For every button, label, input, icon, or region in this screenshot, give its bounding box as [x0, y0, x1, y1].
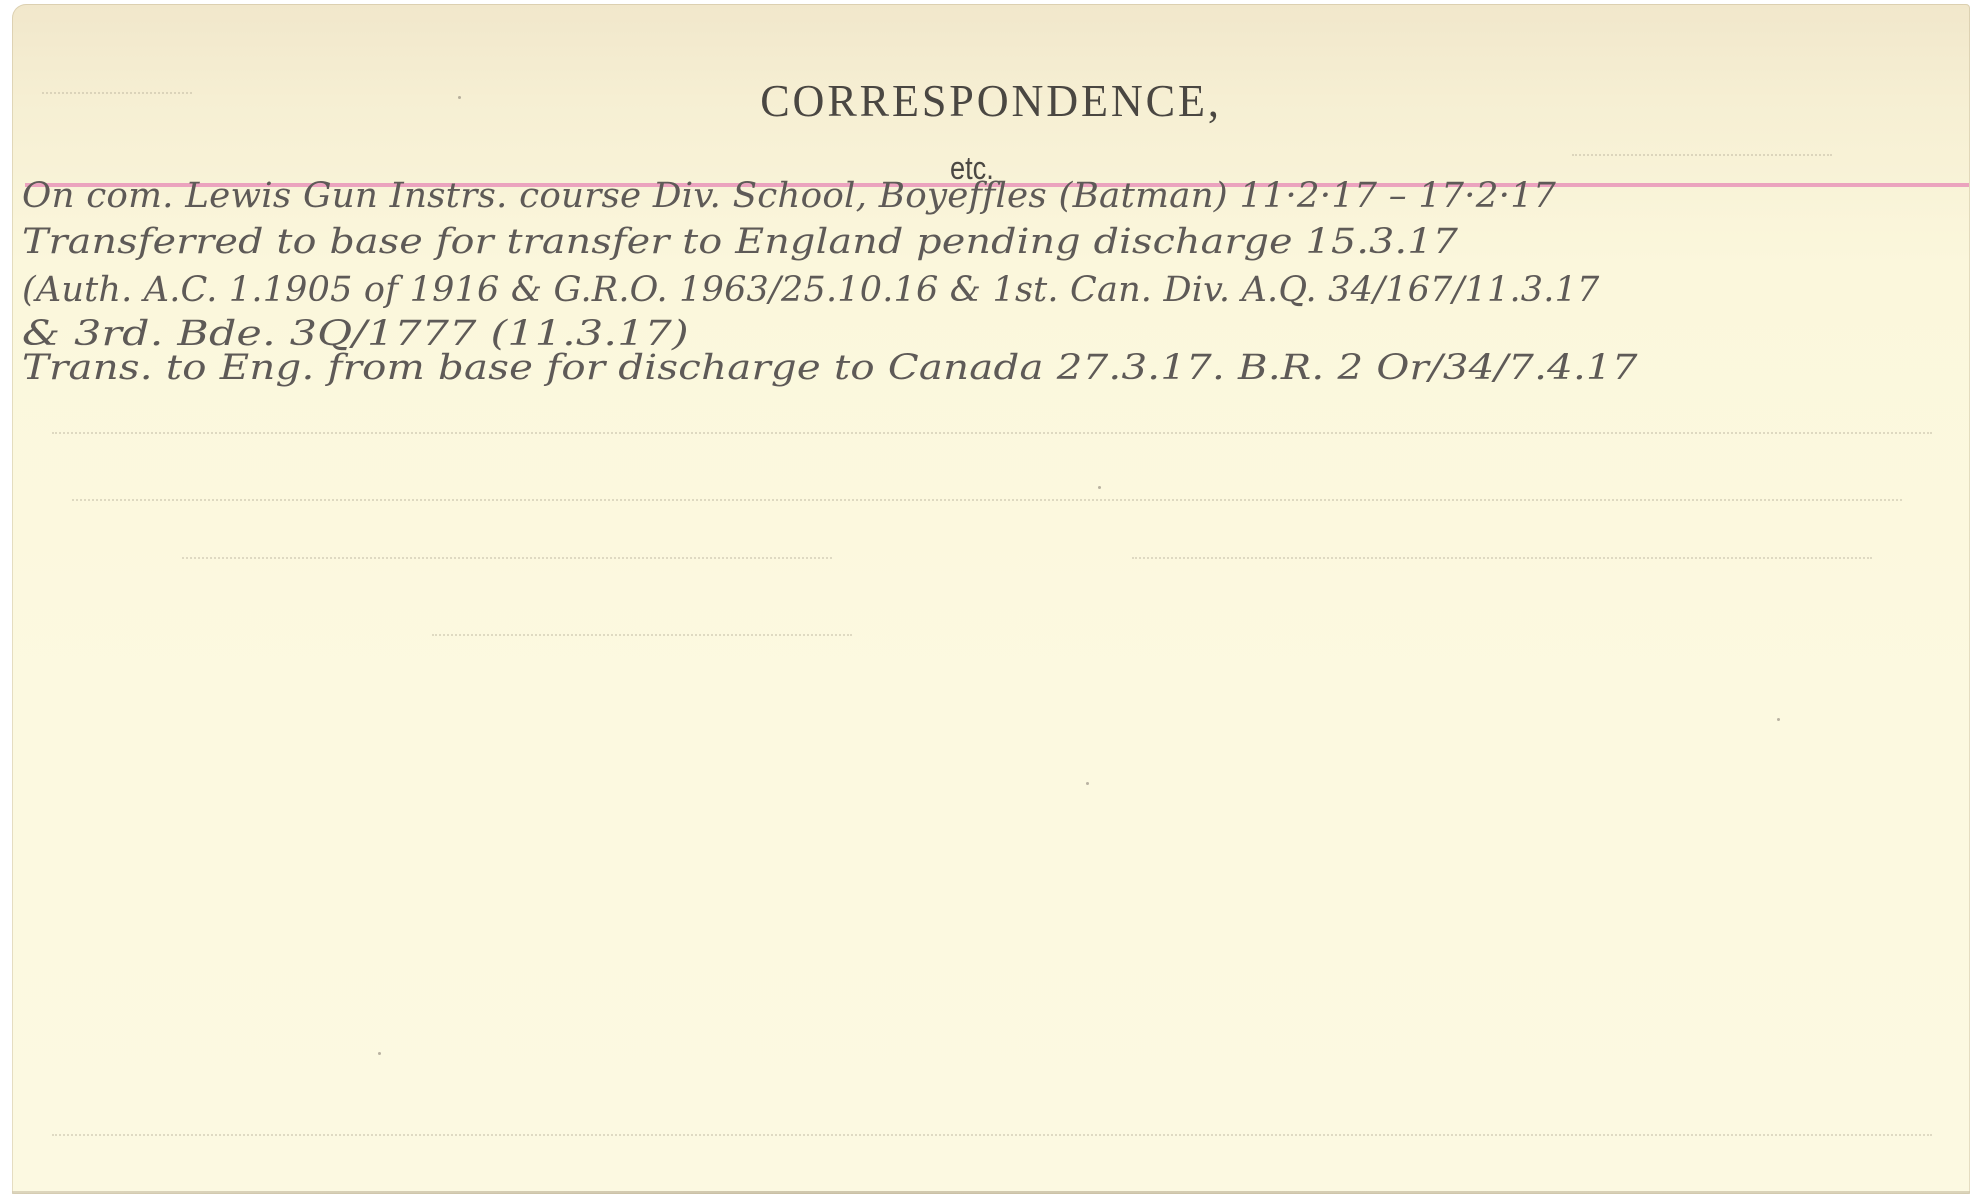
- paper-speck: [378, 1052, 381, 1055]
- faint-dotted-rule: [72, 499, 1902, 501]
- card-bottom-edge: [12, 1191, 1970, 1194]
- faint-dotted-rule: [1132, 557, 1872, 559]
- faint-dotted-rule: [1572, 154, 1832, 156]
- paper-speck: [1098, 486, 1101, 489]
- paper-speck: [1086, 782, 1089, 785]
- faint-dotted-rule: [52, 432, 1932, 434]
- card-heading: CORRESPONDENCE,: [51, 74, 1931, 127]
- faint-dotted-rule: [182, 557, 832, 559]
- paper-speck: [1777, 718, 1780, 721]
- faint-dotted-rule: [432, 634, 852, 636]
- faint-dotted-rule: [52, 1134, 1932, 1136]
- handwritten-entry: Trans. to Eng. from base for discharge t…: [22, 348, 1638, 388]
- paper-speck: [458, 96, 461, 99]
- record-card: CORRESPONDENCE, etc. On com. Lewis Gun I…: [12, 4, 1970, 1194]
- handwritten-entry: On com. Lewis Gun Instrs. course Div. Sc…: [22, 176, 1556, 216]
- handwritten-entry: Transferred to base for transfer to Engl…: [22, 222, 1458, 262]
- handwritten-entry: (Auth. A.C. 1.1905 of 1916 & G.R.O. 1963…: [22, 270, 1600, 310]
